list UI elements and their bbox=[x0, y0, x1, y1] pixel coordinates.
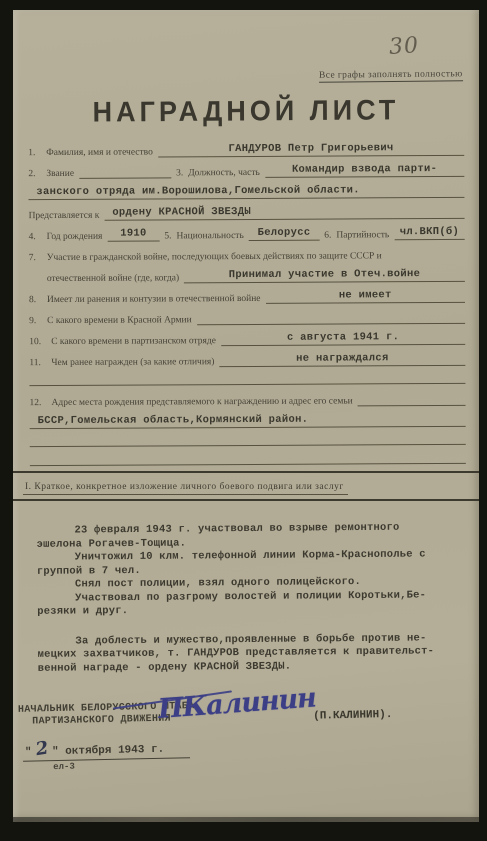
field-value-war-participation: Принимал участие в Отеч.войне bbox=[184, 268, 465, 283]
signature-date: "2" октября 1943 г. bbox=[23, 741, 191, 762]
field-address-value-row: БССР,Гомельская область,Кормянский район… bbox=[30, 407, 466, 429]
field-label: отечественной войне (где, когда) bbox=[47, 273, 184, 284]
field-label: С какого времени в Красной Армии bbox=[47, 315, 197, 326]
field-value-position: Командир взвода парти- bbox=[265, 163, 465, 178]
field-number: 2. bbox=[28, 169, 46, 179]
field-previous-awards-row: 11. Чем ранее награжден (за какие отличи… bbox=[29, 346, 465, 368]
field-war-participation-label-row: 7. Участие в гражданской войне, последую… bbox=[29, 241, 465, 263]
field-label: Должность, часть bbox=[188, 168, 265, 178]
field-number: 3. bbox=[171, 168, 188, 178]
field-number: 5. bbox=[159, 231, 176, 241]
field-number: 6. bbox=[319, 231, 336, 241]
field-value-previous-awards: не награждался bbox=[219, 352, 465, 367]
field-value-party: чл.ВКП(б) bbox=[394, 226, 465, 240]
field-address-label-row: 12. Адрес места рождения представляемого… bbox=[29, 386, 465, 408]
field-wounds-row: 8. Имеет ли ранения и контузии в отечест… bbox=[29, 283, 465, 305]
field-value-surname: ГАНДУРОВ Петр Григорьевич bbox=[158, 142, 464, 158]
field-birth-nationality-party-row: 4. Год рождения 1910 5. Национальность Б… bbox=[29, 220, 465, 242]
section-divider: I. Краткое, конкретное изложение личного… bbox=[13, 471, 479, 501]
field-label: С какого времени в партизанском отряде bbox=[51, 336, 221, 347]
field-number: 11. bbox=[29, 358, 51, 368]
field-red-army-since-row: 9. С какого времени в Красной Армии bbox=[29, 304, 465, 326]
signature-block: НАЧАЛЬНИК БЕЛОРУССКОГО ШТАБА ПАРТИЗАНСКО… bbox=[18, 695, 480, 815]
field-number: 4. bbox=[29, 232, 47, 242]
section-header: I. Краткое, конкретное изложение личного… bbox=[23, 482, 348, 495]
award-form: 1. Фамилия, имя и отечество ГАНДУРОВ Пет… bbox=[12, 136, 480, 466]
blank-rule bbox=[30, 428, 466, 447]
handwritten-page-number: 30 bbox=[388, 33, 420, 60]
field-value-partisan-since: с августа 1941 г. bbox=[221, 331, 465, 346]
field-number: 1. bbox=[28, 148, 46, 158]
field-value-birth-year: 1910 bbox=[107, 227, 159, 241]
field-label: Имеет ли ранения и контузии в отечествен… bbox=[47, 294, 266, 305]
field-surname-row: 1. Фамилия, имя и отечество ГАНДУРОВ Пет… bbox=[28, 136, 464, 158]
field-label: Фамилия, имя и отечество bbox=[46, 147, 158, 158]
body-line: резяки и друг. bbox=[37, 602, 463, 619]
field-number: 12. bbox=[30, 398, 52, 408]
field-war-participation-value-row: отечественной войне (где, когда) Принима… bbox=[29, 262, 465, 284]
field-label: Чем ранее награжден (за какие отличия) bbox=[51, 357, 219, 368]
date-rest: " октября 1943 г. bbox=[52, 744, 164, 758]
field-partisan-since-row: 10. С какого времени в партизанском отря… bbox=[29, 325, 465, 347]
blank-rule bbox=[29, 367, 465, 386]
field-label: Участие в гражданской войне, последующих… bbox=[47, 251, 387, 263]
field-label: Звание bbox=[46, 169, 79, 179]
field-number: 8. bbox=[29, 295, 47, 305]
field-label: Год рождения bbox=[47, 232, 108, 242]
field-position-continuation-row: занского отряда им.Ворошилова,Гомельской… bbox=[28, 178, 464, 200]
field-presented-to-row: Представляется к ордену КРАСНОЙ ЗВЕЗДЫ bbox=[28, 199, 464, 221]
signer-typed-name: (П.КАЛИНИН). bbox=[313, 709, 392, 723]
document-title: НАГРАДНОЙ ЛИСТ bbox=[13, 94, 479, 130]
field-label: Представляется к bbox=[29, 211, 105, 221]
field-label: Национальность bbox=[177, 231, 249, 241]
field-value-award: ордену КРАСНОЙ ЗВЕЗДЫ bbox=[104, 205, 464, 221]
quote-open: " bbox=[25, 747, 32, 759]
field-value-nationality: Белорусс bbox=[249, 227, 320, 241]
blank-rule bbox=[30, 447, 466, 466]
document-page: 30 Все графы заполнять полностью НАГРАДН… bbox=[13, 10, 479, 822]
handwritten-day: 2 bbox=[35, 743, 49, 755]
field-value-wounds: не имеет bbox=[265, 289, 465, 304]
field-label: Партийность bbox=[336, 230, 394, 240]
feat-description: 23 февраля 1943 г. участвовал во взрыве … bbox=[12, 503, 479, 676]
field-number: 10. bbox=[29, 337, 51, 347]
field-value-address: БССР,Гомельская область,Кормянский район… bbox=[30, 413, 466, 429]
field-number: 7. bbox=[29, 253, 47, 263]
field-label: Адрес места рождения представляемого к н… bbox=[52, 396, 358, 408]
field-number: 9. bbox=[29, 316, 47, 326]
field-rank-position-row: 2. Звание 3. Должность, часть Командир в… bbox=[28, 157, 464, 179]
field-value-position-cont: занского отряда им.Ворошилова,Гомельской… bbox=[28, 184, 464, 200]
fill-instruction-note: Все графы заполнять полностью bbox=[319, 69, 463, 83]
